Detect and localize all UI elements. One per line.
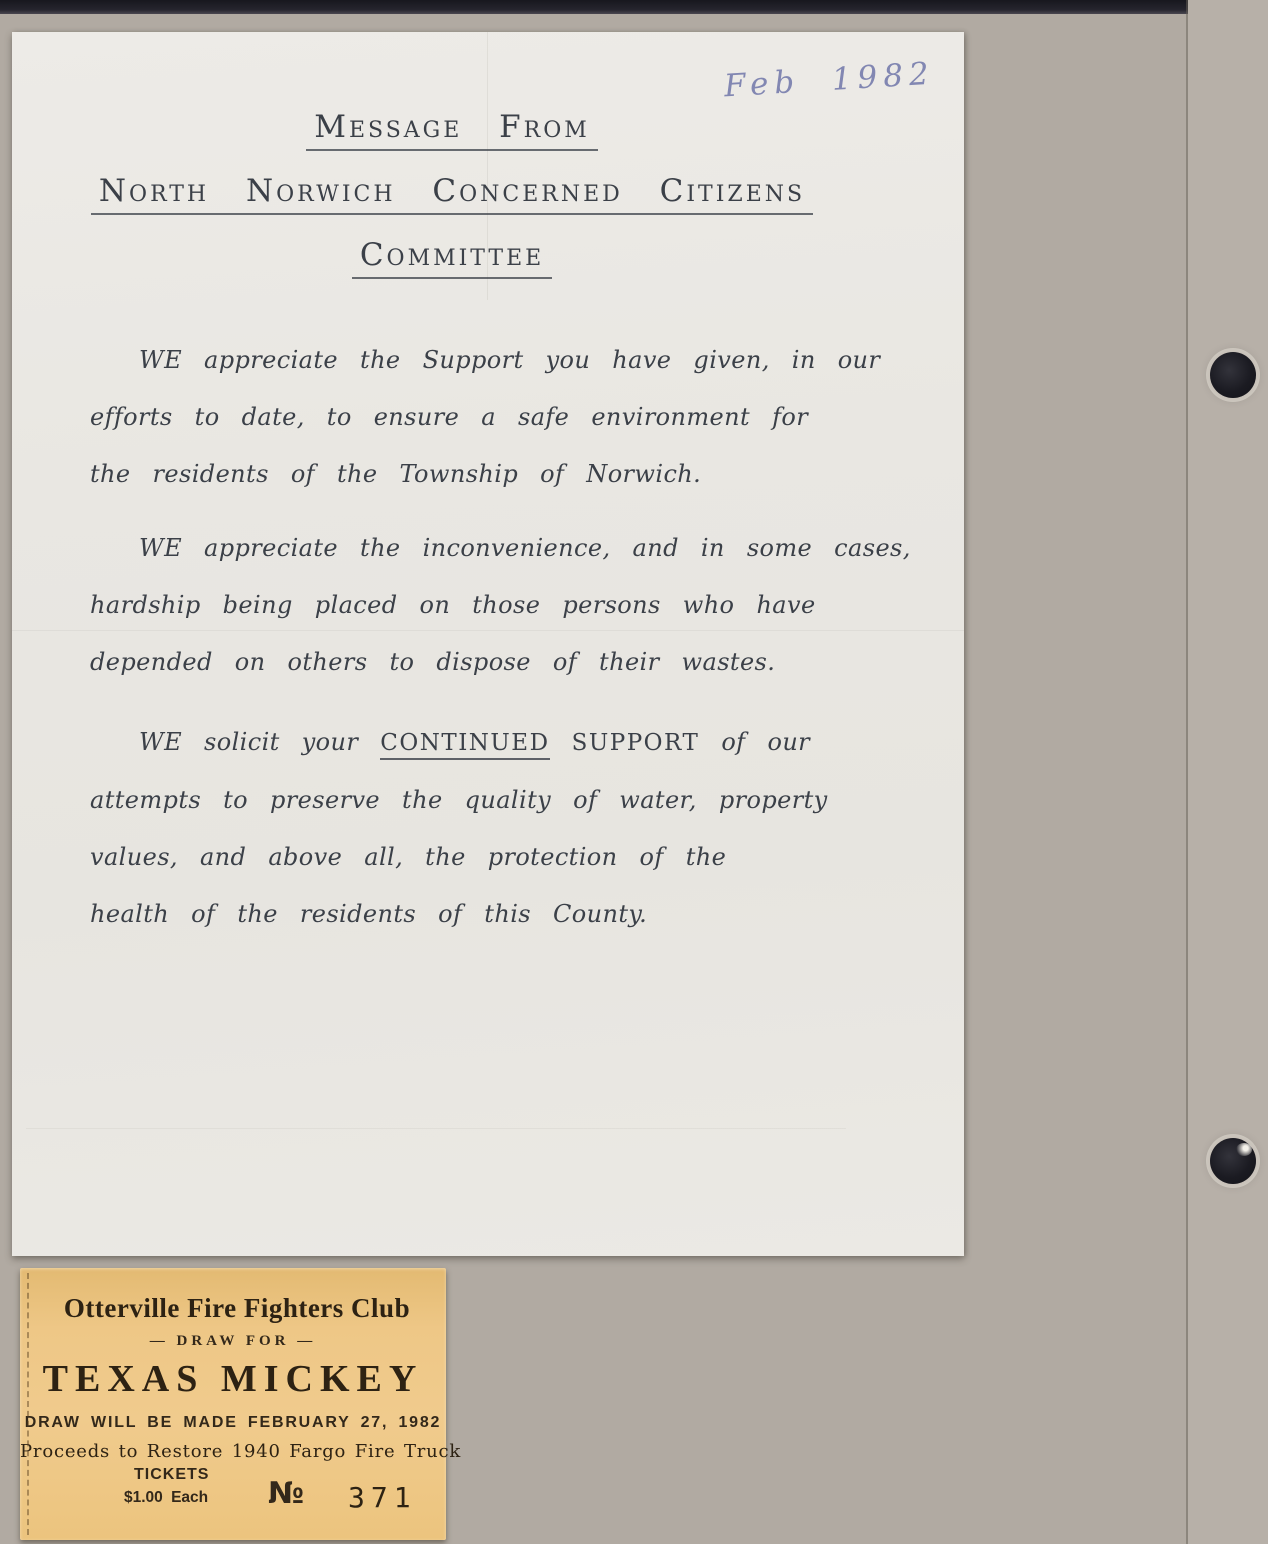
- ticket-proceeds-line: Proceeds to Restore 1940 Fargo Fire Truc…: [20, 1441, 446, 1462]
- ticket-tickets-label: TICKETS: [134, 1466, 209, 1484]
- ticket-club-name: Otterville Fire Fighters Club: [38, 1293, 436, 1324]
- heading-text: North Norwich Concerned Citizens: [91, 172, 813, 215]
- letter-line: WE appreciate the Support you have given…: [90, 332, 900, 389]
- letter-line-segment: of our: [721, 728, 810, 756]
- page-edge-line: [1186, 0, 1188, 1544]
- letter-line: values, and above all, the protection of…: [90, 829, 900, 886]
- letter-line-segment: WE solicit your: [139, 728, 358, 756]
- ticket-serial-number: 371: [348, 1481, 417, 1514]
- binder-hole-bottom: [1210, 1138, 1256, 1184]
- heading-line: North Norwich Concerned Citizens: [12, 172, 892, 215]
- heading-line: Committee: [12, 236, 892, 279]
- letter-line: WE solicit your CONTINUED SUPPORT of our: [90, 714, 900, 772]
- letter-paragraph-1: WE appreciate the Support you have given…: [90, 332, 900, 503]
- letter-line: WE appreciate the inconvenience, and in …: [90, 520, 900, 577]
- letter-paragraph-3: WE solicit your CONTINUED SUPPORT of our…: [90, 714, 900, 943]
- heading-text: Committee: [352, 236, 552, 279]
- ticket-draw-for-label: — DRAW FOR —: [20, 1333, 446, 1350]
- letter-line-segment: SUPPORT: [572, 730, 700, 756]
- letter-heading: Message From North Norwich Concerned Cit…: [12, 108, 892, 300]
- letter-paper: Feb 1982 Message From North Norwich Conc…: [12, 32, 964, 1256]
- album-top-edge: [0, 0, 1268, 14]
- scrapbook-page: Feb 1982 Message From North Norwich Conc…: [0, 0, 1268, 1544]
- ticket-number-symbol: №: [268, 1476, 304, 1511]
- letter-line: the residents of the Township of Norwich…: [90, 446, 900, 503]
- raffle-ticket: Otterville Fire Fighters Club — DRAW FOR…: [20, 1268, 446, 1540]
- binder-hole-top: [1210, 352, 1256, 398]
- heading-text: Message From: [306, 108, 598, 151]
- heading-line: Message From: [12, 108, 892, 151]
- letter-line: hardship being placed on those persons w…: [90, 577, 900, 634]
- letter-line: efforts to date, to ensure a safe enviro…: [90, 389, 900, 446]
- underlined-word: CONTINUED: [380, 730, 549, 760]
- ticket-prize: TEXAS MICKEY: [20, 1357, 446, 1401]
- letter-line: health of the residents of this County.: [90, 886, 900, 943]
- paper-crease-horizontal: [26, 1128, 846, 1129]
- letter-line: depended on others to dispose of their w…: [90, 634, 900, 691]
- ticket-price: $1.00 Each: [124, 1489, 208, 1507]
- handwritten-date: Feb 1982: [723, 56, 936, 105]
- ticket-draw-date: DRAW WILL BE MADE FEBRUARY 27, 1982: [20, 1414, 446, 1432]
- page-right-strip: [1188, 0, 1268, 1544]
- letter-paragraph-2: WE appreciate the inconvenience, and in …: [90, 520, 900, 691]
- letter-line: attempts to preserve the quality of wate…: [90, 772, 900, 829]
